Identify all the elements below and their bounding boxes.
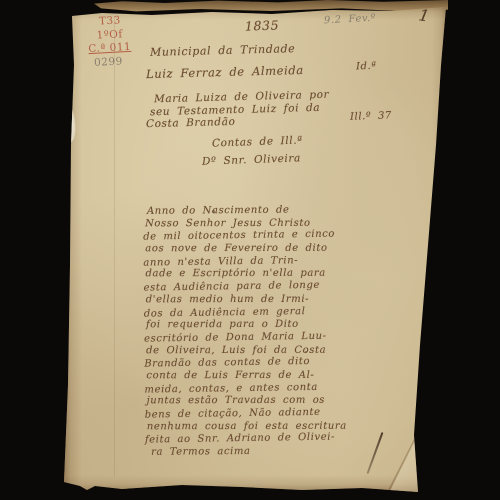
heading-party-2-line-3: Costa Brandão — [146, 116, 236, 130]
archival-marks: T331ºOfC.ª 0110299 — [87, 14, 133, 70]
case-title: Contas de Ill.ª — [212, 134, 303, 149]
manuscript-body: Anno do Nascimento deNosso Senhor Jesus … — [143, 204, 345, 459]
archival-mark: 0299 — [94, 54, 133, 69]
ink-stroke — [367, 432, 384, 474]
margin-fee-note-2: Ill.º 37 — [350, 110, 392, 122]
underlying-page-edge — [94, 0, 448, 12]
fold-line — [114, 19, 115, 477]
manuscript-line: ra Termos acima — [151, 445, 351, 459]
manuscript-line: Anno do Nascimento de — [147, 204, 347, 218]
manuscript-sheet: T331ºOfC.ª 0110299 1835 9.2 Fev.º 1 Muni… — [62, 5, 448, 493]
date-note: 9.2 Fev.º — [324, 13, 377, 27]
paper-tear — [56, 100, 78, 144]
judge-name: Dº Snr. Oliveira — [202, 152, 301, 167]
heading-party-1: Luiz Ferraz de Almeida — [146, 63, 304, 81]
heading-municipality: Municipal da Trindade — [150, 42, 296, 59]
margin-fee-note-1: Id.ª — [356, 61, 377, 73]
manuscript-line: d'ellas medio hum de Irmi- — [146, 294, 346, 307]
manuscript-line: escritório de Dona Maria Luu- — [144, 330, 344, 346]
scanned-document-canvas: T331ºOfC.ª 0110299 1835 9.2 Fev.º 1 Muni… — [0, 0, 500, 500]
year-heading: 1835 — [202, 16, 322, 35]
archival-mark: C.ª 011 — [88, 41, 132, 57]
